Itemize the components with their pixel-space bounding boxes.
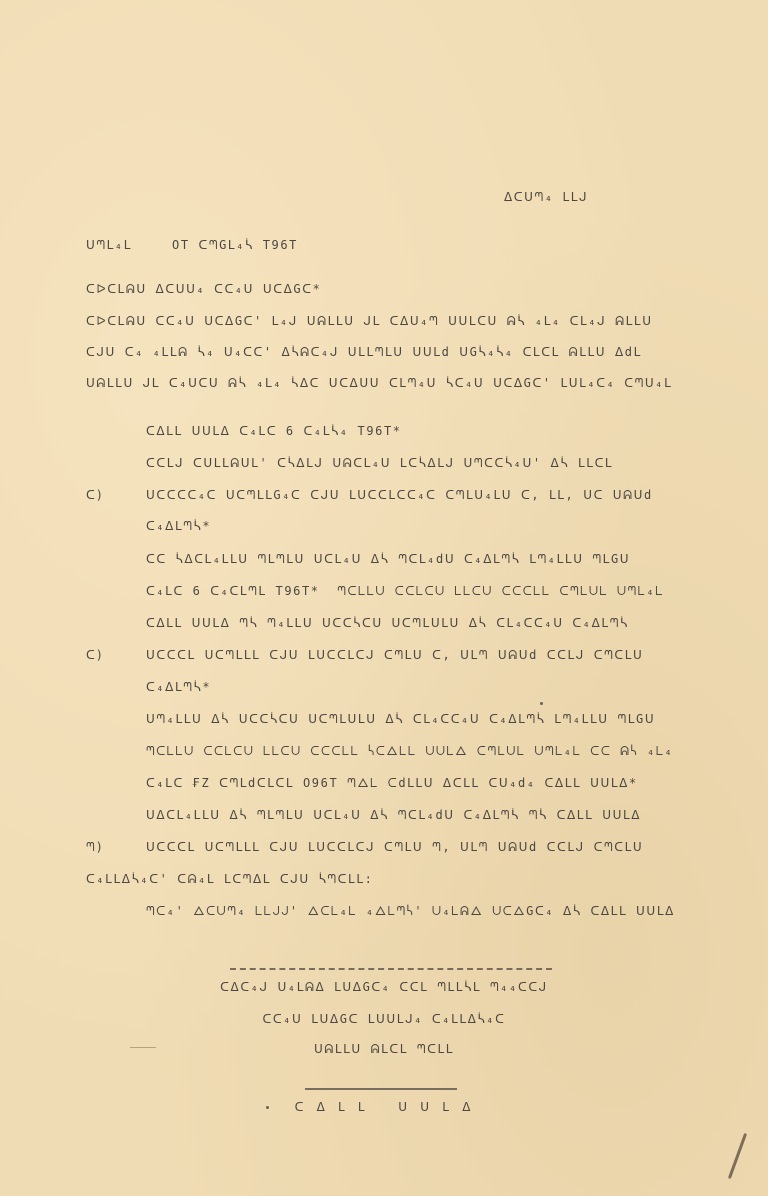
dashed-divider — [230, 968, 552, 970]
footer-line: ᑕᑕ₄ᑌ ᒪᑌᐃGᑕ ᒪᑌᑌᒪᒍ₄ ᑕ₄ᒪᒪᐃᓵ₄ᑕ — [0, 1012, 768, 1026]
item-line: ᑕᑕᒪᒍ ᑕᑌᒪᒪᕱᑌᒪ' ᑕᓵᐃᒪᒍ ᑌᕱᑕᒪ₄ᑌ ᒪᑕᓵᐃᒪᒍ ᑌᘉᑕᑕᓵ₄… — [146, 456, 613, 471]
intro-line: ᑌᕱᒪᒪᑌ ᒍᒪ ᑕ₄ᑌᑕᑌ ᕱᓵ ₄ᒪ₄ ᓵᐃᑕ ᑌᑕᐃᑌᑌ ᑕᒪᘉ₄ᑌ ᓵᑕ… — [86, 376, 672, 391]
intro-line: ᑕᒍᑌ ᑕ₄ ₄ᒪᒪᕱ ᓵ₄ ᑌ₄ᑕᑕ' ᐃᓵᕱᑕ₄ᒍ ᑌᒪᒪᘉᒪᑌ ᑌᑌᒪd … — [86, 345, 642, 360]
intro-line: ᑕᐅᑕᒪᕱᑌ ᑕᑕ₄ᑌ ᑌᑕᐃGᑕ' ᒪ₄ᒍ ᑌᕱᒪᒪᑌ ᒍᒪ ᑕᐃᑌ₄ᘉ ᑌᑌ… — [86, 314, 653, 329]
item-line: ᑌᑕᑕᑕᒪ ᑌᑕᘉᒪᒪᒪ ᑕᒍᑌ ᒪᑌᑕᑕᒪᑕᒍ ᑕᘉᒪᑌ ᘉ, ᑌᒪᘉ ᑌᕱᑌ… — [146, 840, 643, 855]
item-marker: ᘉ) — [86, 840, 104, 855]
pen-stroke-mark — [728, 1133, 747, 1179]
item-line: ᘉᑕᒪᒪᑌ ᑕᑕᒪᑕᑌ ᒪᒪᑕᑌ ᑕᑕᑕᒪᒪ ᓵᑕᐃᒪᒪ ᑌᑌᒪᐃ ᑕᘉᒪᑌᒪ … — [146, 744, 673, 759]
item-line: ᑕᑕ ᓵᐃᑕᒪ₄ᒪᒪᑌ ᘉᒪᘉᒪᑌ ᑌᑕᒪ₄ᑌ ᐃᓵ ᘉᑕᒪ₄dᑌ ᑕ₄ᐃᒪᘉᓵ… — [146, 552, 630, 567]
item-line: ᑌᑕᑕᑕᒪ ᑌᑕᘉᒪᒪᒪ ᑕᒍᑌ ᒪᑌᑕᑕᒪᑕᒍ ᑕᘉᒪᑌ ᑕ, ᑌᒪᘉ ᑌᕱᑌ… — [146, 648, 643, 663]
item-line: ᑌᐃᑕᒪ₄ᒪᒪᑌ ᐃᓵ ᘉᒪᘉᒪᑌ ᑌᑕᒪ₄ᑌ ᐃᓵ ᘉᑕᒪ₄dᑌ ᑕ₄ᐃᒪᘉᓵ… — [146, 808, 641, 823]
signature-rule — [305, 1088, 457, 1090]
closing-line: ᑕ₄ᒪᒪᐃᓵ₄ᑕ' ᑕᕱ₄ᒪ ᒪᑕᘉᐃᒪ ᑕᒍᑌ ᓵᘉᑕᒪᒪ: — [86, 872, 373, 887]
item-line: ᑕᐃᒪᒪ ᑌᑌᒪᐃ ᘉᓵ ᘉ₄ᒪᒪᑌ ᑌᑕᑕᓵᑕᑌ ᑌᑕᘉᒪᑌᒪᑌ ᐃᓵ ᑕᒪ₄… — [146, 616, 629, 631]
footer-line: ᑌᕱᒪᒪᑌ ᕱᒪᑕᒪ ᘉᑕᒪᒪ — [0, 1042, 768, 1057]
item-line: ᑌᘉ₄ᒪᒪᑌ ᐃᓵ ᑌᑕᑕᓵᑕᑌ ᑌᑕᘉᒪᑌᒪᑌ ᐃᓵ ᑕᒪ₄ᑕᑕ₄ᑌ ᑕ₄ᐃᒪ… — [146, 712, 655, 727]
item-line: ᑕᐃᒪᒪ ᑌᑌᒪᐃ ᑕ₄ᒪᑕ 6 ᑕ₄ᒪᓵ₄ T96T* — [146, 424, 402, 438]
closing-line: ᘉᑕ₄' ᐃᑕᑌᘉ₄ ᒪᒪᒍᒍ' ᐃᑕᒪ₄ᒪ ₄ᐃᒪᘉᓵ' ᑌ₄ᒪᕱᐃ ᑌᑕᐃG… — [146, 904, 675, 919]
item-line: ᑌᑕᑕᑕᑕ₄ᑕ ᑌᑕᘉᒪᒪG₄ᑕ ᑕᒍᑌ ᒪᑌᑕᑕᒪᑕᑕ₄ᑕ ᑕᘉᒪᑌ₄ᒪᑌ ᑕ… — [146, 488, 653, 503]
footer-line: ᑕᐃᑕ₄ᒍ ᑌ₄ᒪᕱᐃ ᒪᑌᐃGᑕ₄ ᑕᑕᒪ ᘉᒪᒪᓵᒪ ᘉ₄₄ᑕᑕᒍ — [0, 980, 768, 995]
letter-date: OT ᑕᘉGᒪ₄ᓵ T96T — [172, 238, 298, 253]
reference-number: ᐃᑕᑌᘉ₄ ᒪᒪᒍ — [504, 190, 588, 205]
salutation: ᑕᐅᑕᒪᕱᑌ ᐃᑕᑌᑌ₄ ᑕᑕ₄ᑌ ᑌᑕᐃGᑕ* — [86, 282, 321, 297]
sender-label: ᑌᘉᒪ₄ᒪ — [86, 238, 132, 253]
signature: ᑕ ᐃ ᒪ ᒪ ᑌ ᑌ ᒪ ᐃ — [0, 1100, 768, 1114]
margin-mark — [130, 1047, 156, 1048]
item-marker: ᑕ) — [86, 488, 104, 502]
typewritten-letter-page: ᐃᑕᑌᘉ₄ ᒪᒪᒍ ᑌᘉᒪ₄ᒪ OT ᑕᘉGᒪ₄ᓵ T96T ᑕᐅᑕᒪᕱᑌ ᐃᑕ… — [0, 0, 768, 1196]
item-line: ᑕ₄ᐃᒪᘉᓵ* — [146, 680, 211, 695]
ink-spot — [540, 702, 543, 705]
item-line: ᑕ₄ᐃᒪᘉᓵ* — [146, 519, 211, 534]
item-line: ᑕ₄ᒪᑕ 6 ᑕ₄ᑕᒪᘉᒪ T96T* ᘉᑕᒪᒪᑌ ᑕᑕᒪᑕᑌ ᒪᒪᑕᑌ ᑕᑕᑕ… — [146, 584, 664, 599]
item-line: ᑕ₄ᒪᑕ ₣Z ᑕᘉᒪdᑕᒪᑕᒪ O96T ᘉᐃᒪ ᑕdᒪᒪᑌ ᐃᑕᒪᒪ ᑕᑌ₄… — [146, 776, 638, 791]
item-marker: ᑕ) — [86, 648, 104, 662]
